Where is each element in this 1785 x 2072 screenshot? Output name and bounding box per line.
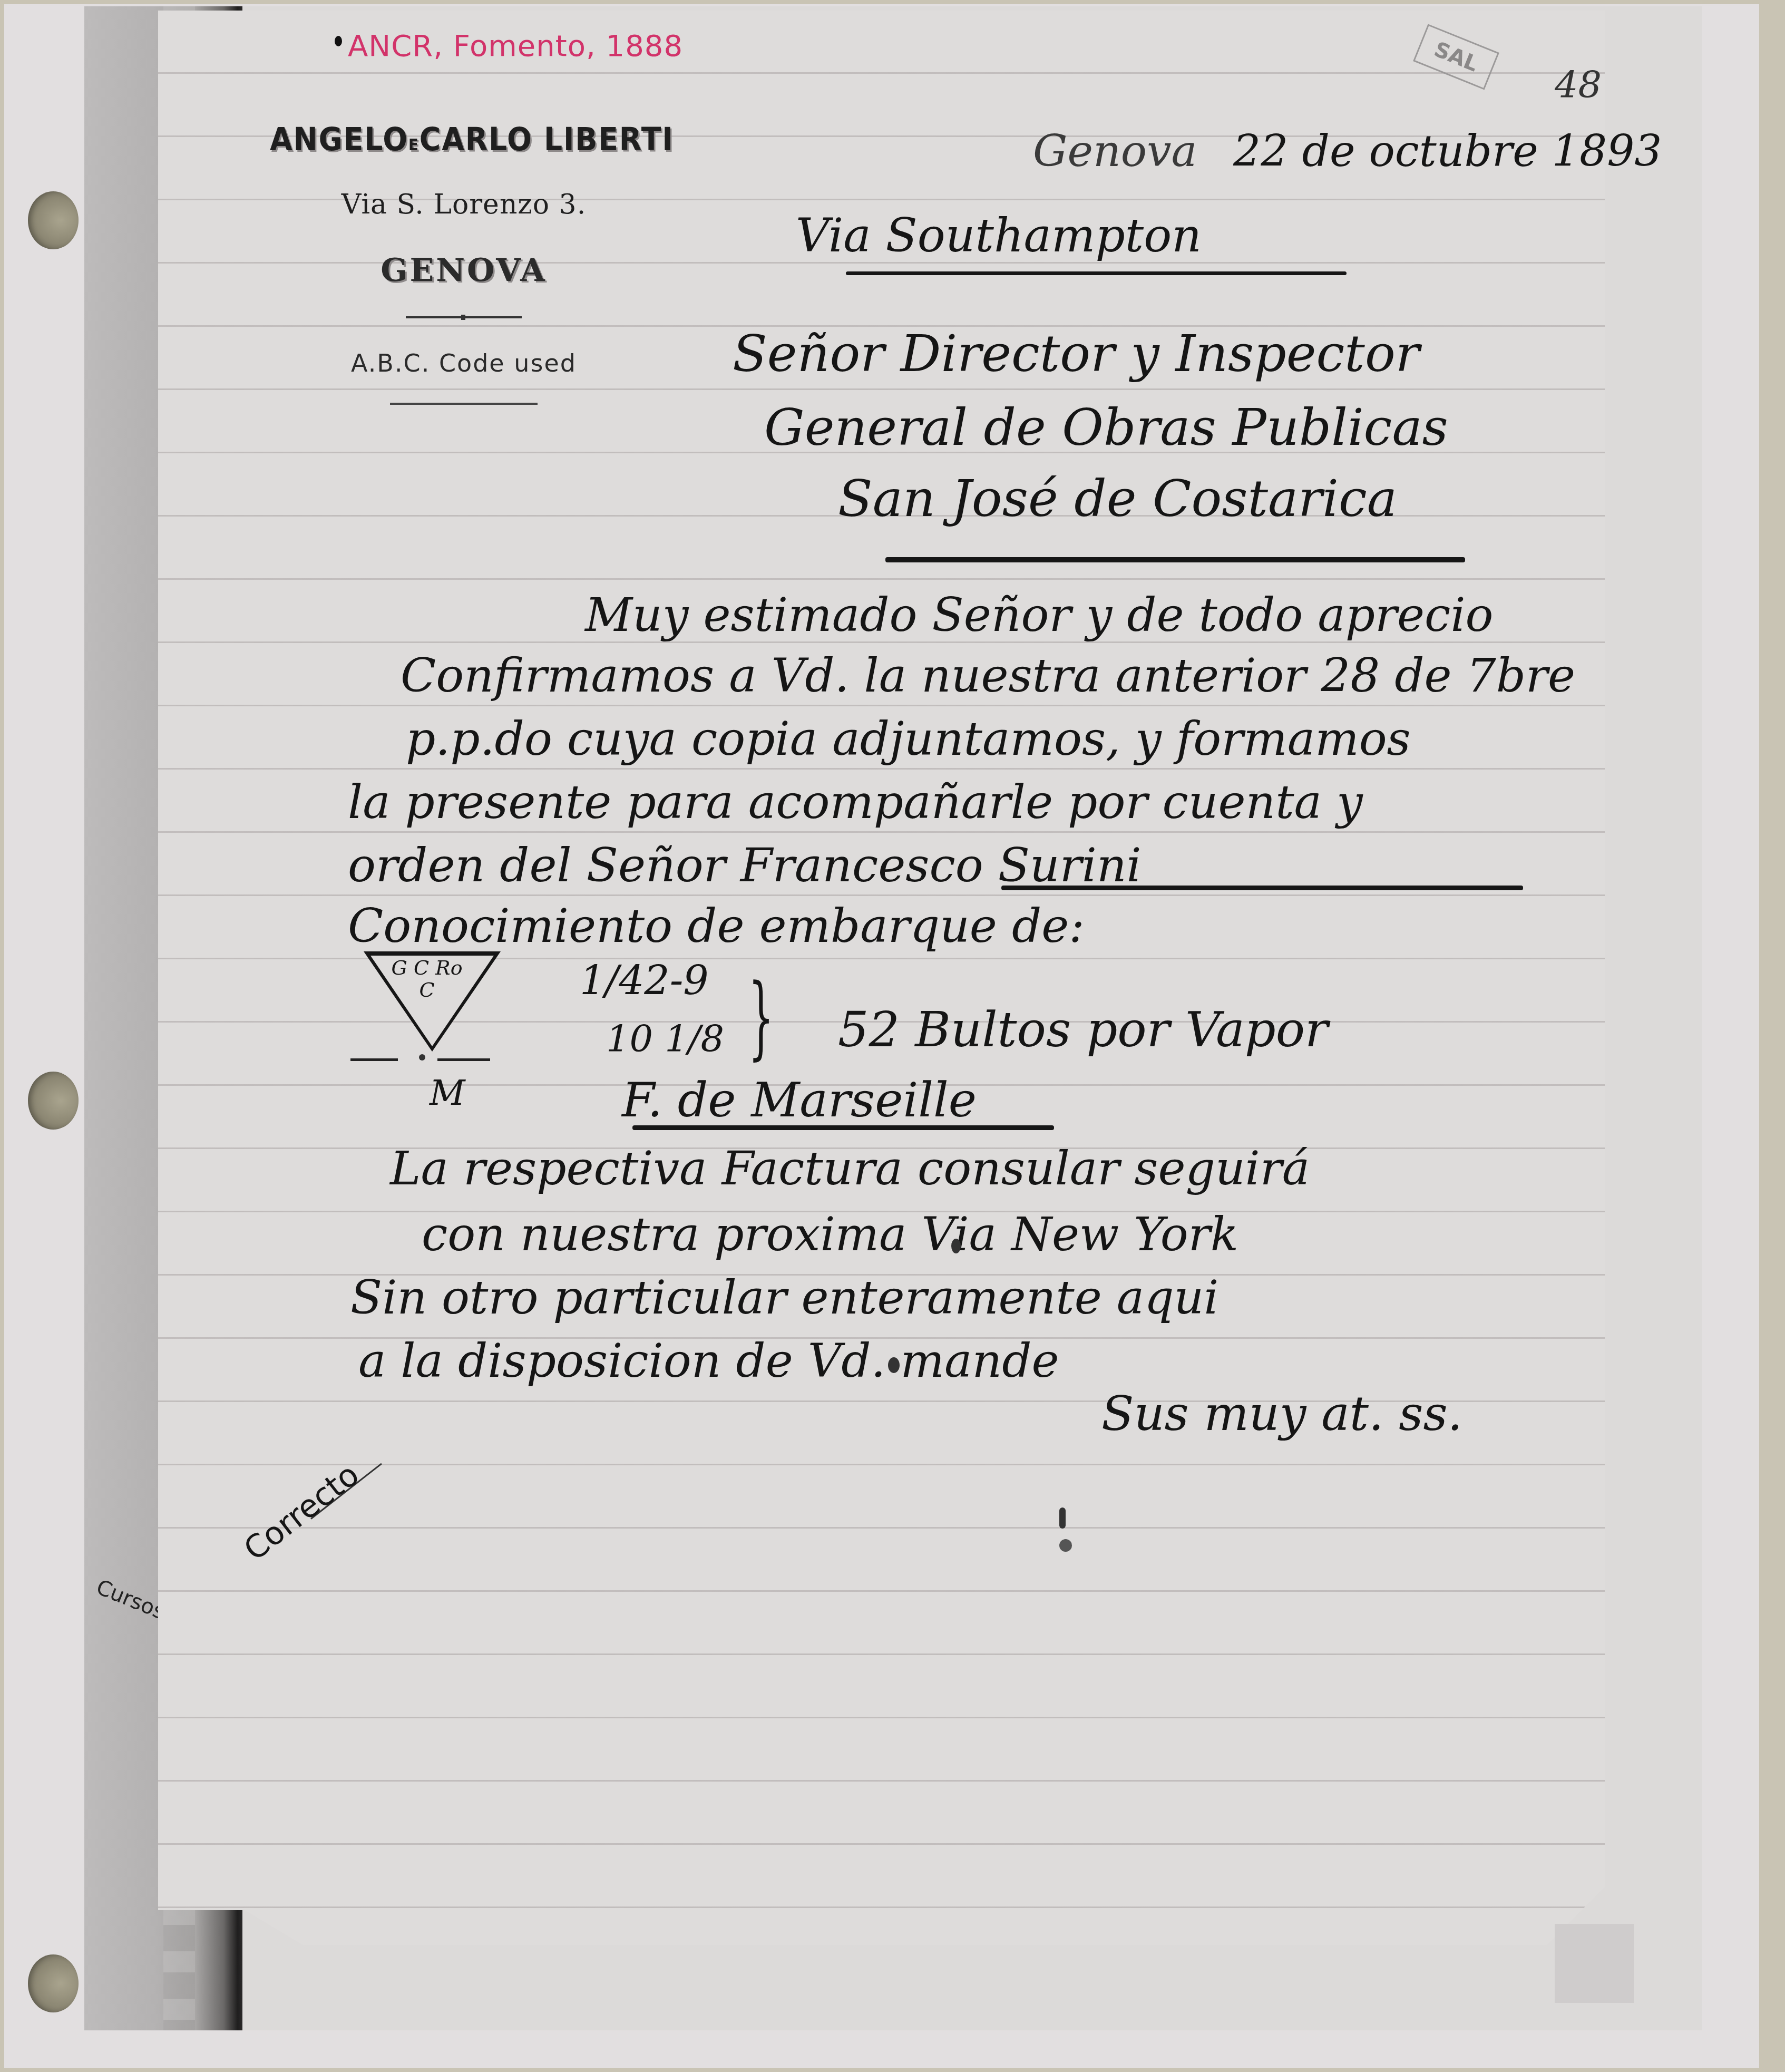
body-line-3: p.p.do cuya copia adjuntamos, y formamos — [406, 712, 1411, 766]
place: Genova — [1033, 127, 1197, 177]
mark-dot — [419, 1054, 425, 1061]
mark-underline-right — [437, 1058, 490, 1061]
body-line-2: Confirmamos a Vd. la nuestra anterior 28… — [401, 648, 1575, 703]
shipping-mark-sub: C — [390, 979, 464, 1001]
page-shadow — [1555, 1924, 1634, 2003]
telegraph-code: A.B.C. Code used — [253, 349, 675, 377]
firm-name-part2: CARLO LIBERTI — [420, 121, 674, 158]
letterhead: ANGELOECARLO LIBERTI Via S. Lorenzo 3. G… — [253, 121, 675, 405]
number-range: 1/42-9 — [580, 957, 709, 1004]
routing-underline — [846, 271, 1347, 275]
ink-dot — [335, 36, 342, 46]
ink-blot — [951, 1239, 961, 1253]
shipping-mark-letters: G C Ro — [390, 957, 464, 979]
gutter-margin-note: Cursos — [93, 1575, 168, 1624]
firm-name: ANGELOECARLO LIBERTI — [270, 121, 658, 158]
punch-hole-bottom — [28, 1954, 79, 2012]
brace-symbol: } — [748, 972, 774, 1062]
closing-line-3: Sin otro particular enteramente aqui — [350, 1270, 1218, 1325]
recipient-underline — [885, 557, 1465, 562]
routing: Via Southampton — [796, 208, 1202, 262]
folio-number: 48 — [1555, 63, 1602, 106]
ink-mark — [1059, 1539, 1072, 1552]
mark-underline-left — [350, 1058, 398, 1061]
closing-line-1: La respectiva Factura consular seguirá — [390, 1141, 1310, 1195]
body-line-6: Conocimiento de embarque de: — [348, 899, 1085, 953]
vessel-underline — [632, 1125, 1054, 1130]
date: 22 de octubre 1893 — [1233, 127, 1662, 177]
body-line-5: orden del Señor Francesco Surini — [348, 838, 1142, 892]
body-line-4: la presente para acompañarle por cuenta … — [348, 775, 1363, 829]
firm-name-part1: ANGELO — [270, 121, 408, 158]
consignor-underline — [1001, 886, 1523, 890]
punch-hole-middle — [28, 1072, 79, 1130]
shipping-mark-below: M — [430, 1073, 465, 1113]
number-sub: 10 1/8 — [606, 1017, 724, 1061]
vessel: F. de Marseille — [622, 1073, 977, 1128]
punch-hole-top — [28, 191, 79, 249]
archive-reference: ANCR, Fomento, 1888 — [348, 29, 683, 63]
recipient-line-2: General de Obras Publicas — [764, 398, 1448, 457]
recipient-line-3: San José de Costarica — [838, 469, 1397, 528]
shipping-mark-text: G C Ro C — [390, 957, 464, 1001]
ink-blot — [888, 1357, 900, 1373]
firm-conjunction: E — [408, 136, 420, 154]
firm-city: GENOVA — [253, 252, 675, 289]
closing-line-2: con nuestra proxima Via New York — [422, 1207, 1238, 1261]
ink-mark — [1059, 1507, 1066, 1529]
quantity: 52 Bultos por Vapor — [838, 1001, 1328, 1058]
closing-line-4: a la disposicion de Vd. mande — [358, 1334, 1059, 1388]
ornamental-rule — [390, 403, 538, 405]
signoff: Sus muy at. ss. — [1101, 1386, 1462, 1442]
firm-address: Via S. Lorenzo 3. — [253, 189, 675, 220]
body-line-1: Muy estimado Señor y de todo aprecio — [585, 588, 1494, 642]
recipient-line-1: Señor Director y Inspector — [733, 324, 1420, 383]
ornamental-rule — [406, 316, 522, 318]
